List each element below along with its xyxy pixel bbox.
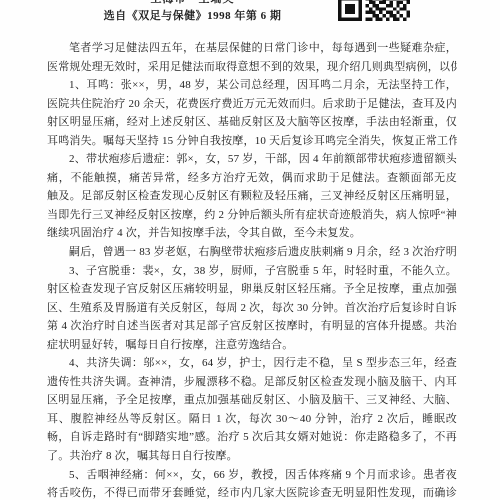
text-line: 笔者学习足健法四五年，在基层保健的日常门诊中，每每遇到一些疑难杂症，在中西 xyxy=(47,39,457,58)
text-line: 症状明显好转，嘱每日自行按摩，注意劳逸结合。 xyxy=(47,336,457,355)
qr-code-icon xyxy=(338,0,410,21)
text-line: 继续巩固治疗 4 次，并告知按摩手法，令其自做，至今未复发。 xyxy=(47,224,457,243)
text-line: 3、子宫脱垂：裴×，女，38 岁，厨师，子宫脱垂 5 年，时轻时重，不能久立。足… xyxy=(47,262,457,281)
text-line: 嗣后，曾遇一 83 岁老妪，右胸壁带状疱疹后遗皮肤刺痛 9 月余，经 3 次治疗… xyxy=(47,243,457,262)
text-line: 耳鸣消失。嘱每天坚持 15 分钟自我按摩，10 天后复诊耳鸣完全消失，恢复正常工… xyxy=(47,132,457,151)
text-line: 了。共治疗 8 次，嘱其每日自行按摩。 xyxy=(47,447,457,466)
text-line: 触及。足部反射区检查发现心反射区有颗粒及轻压痛，三叉神经反射区压痛明显，左侧尤甚… xyxy=(47,187,457,206)
text-line: 5、舌咽神经痛：何××，女，66 岁，教授，因舌体疼痛 9 个月而求诊。患者夜多… xyxy=(47,466,457,485)
text-line: 射区明显压痛，经对上述反射区、基础反射区及大脑等区按摩，手法由轻渐重，仅 10 … xyxy=(47,113,457,132)
source-citation: 选自《双足与保健》1998 年第 6 期 xyxy=(0,8,385,24)
body-text: 笔者学习足健法四五年，在基层保健的日常门诊中，每每遇到一些疑难杂症，在中西医常规… xyxy=(47,39,457,500)
text-line: 医院共住院治疗 20 余天，花费医疗费近万元无效而归。后求助于足健法，查耳及内耳… xyxy=(47,95,457,114)
text-line: 畅，自诉走路时有“脚踏实地”感。治疗 5 次后其女婿对她说：你走路稳多了，不再碰… xyxy=(47,428,457,447)
author-line: 上海市 王瑞英 xyxy=(0,0,385,7)
text-line: 遗传性共济失调。查神清，步履漂移不稳。足部反射区检查发现小脑及脑干、内耳迷路反射 xyxy=(47,373,457,392)
text-line: 医常规处理无效时，采用足健法而取得意想不到的效果，现介绍几则典型病例，以供探讨。 xyxy=(47,58,457,77)
text-line: 4、共济失调：邬××，女，64 岁，护士，因行走不稳，呈 S 型步态三年，经查确… xyxy=(47,354,457,373)
scanned-document-page: 上海市 王瑞英 选自《双足与保健》1998 年第 6 期 笔者学习足健法四五年，… xyxy=(0,0,500,500)
text-line: 2、带状疱疹后遗症：郭×，女，57 岁，干部，因 4 年前额部带状疱疹遗留额头奇… xyxy=(47,150,457,169)
text-line: 射区检查发现子宫反射区压痛较明显，卵巢反射区轻压痛。予全足按摩，重点加强基础反射 xyxy=(47,280,457,299)
text-line: 痛，不能触摸，痛苦异常，经多方治疗无效，偶而求助于足健法。查额面部无皮损，但不让 xyxy=(47,169,457,188)
text-line: 1、耳鸣：张××，男，48 岁，某公司总经理，因耳鸣二月余，无法坚持工作，在当地 xyxy=(47,76,457,95)
document-header: 上海市 王瑞英 选自《双足与保健》1998 年第 6 期 xyxy=(0,0,385,24)
text-line: 区、生殖系及胃肠道有关反射区，每周 2 次，每次 30 分钟。首次治疗后复诊时自… xyxy=(47,299,457,318)
text-line: 第 4 次治疗时自述当医者对其足部子宫反射区按摩时，有明显的宫体升提感。共治疗 … xyxy=(47,317,457,336)
text-line: 将舌咬伤，不得已而带牙套睡觉，经市内几家大医院诊查无明显阳性发现，而确诊为舌炎、 xyxy=(47,484,457,500)
text-line: 当即先行三叉神经反射区按摩，约 2 分钟后额头所有症状奇迹般消失，病人惊呼“神医… xyxy=(47,206,457,225)
text-line: 区明显压痛，予全足按摩，重点加强基础反射区、小脑及脑干、三叉神经、大脑、内耳迷路… xyxy=(47,391,457,410)
text-line: 耳、腹腔神经丛等反射区。隔日 1 次，每次 30～40 分钟，治疗 2 次后，睡… xyxy=(47,410,457,429)
